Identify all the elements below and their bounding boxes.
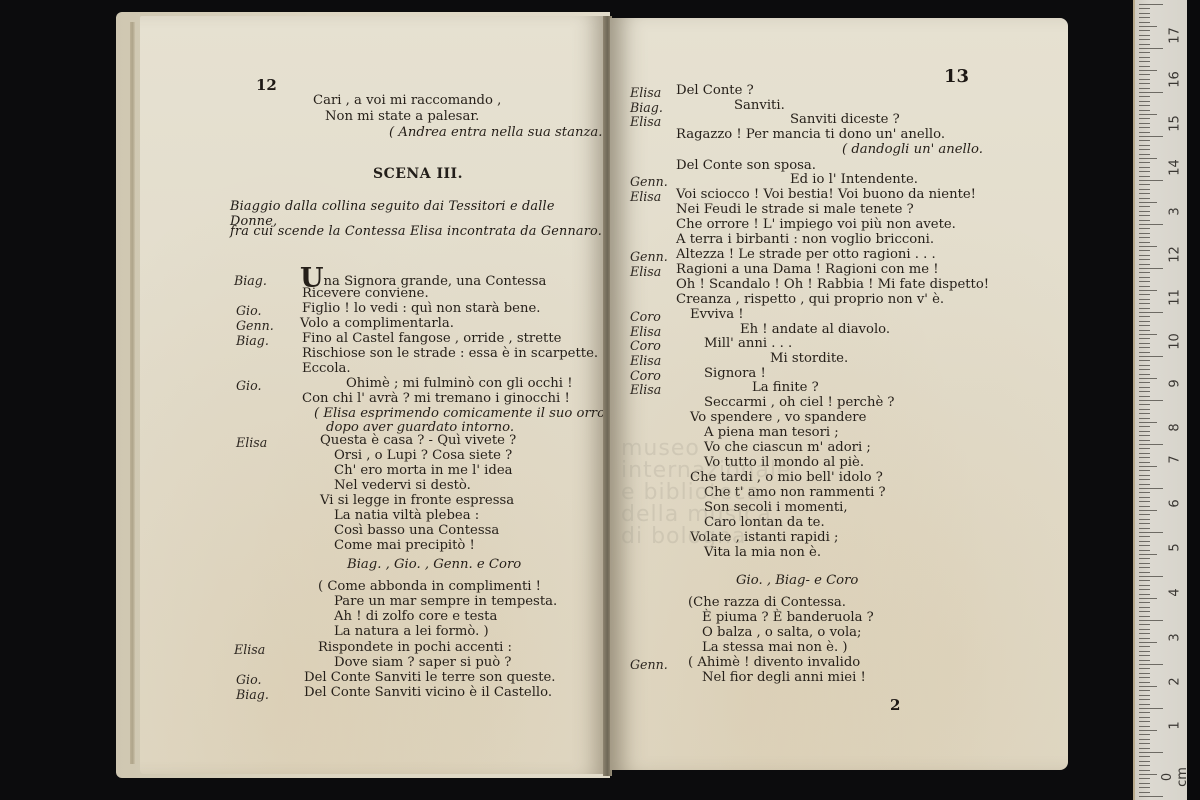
ruler-tick bbox=[1139, 673, 1150, 674]
ruler-tick bbox=[1139, 484, 1150, 485]
ruler-tick bbox=[1139, 303, 1150, 304]
ruler-tick bbox=[1139, 550, 1150, 551]
dialogue-line: (Che razza di Contessa. bbox=[688, 596, 846, 611]
ruler-tick bbox=[1139, 96, 1150, 97]
scan-edge bbox=[1187, 0, 1200, 800]
ruler-tick bbox=[1139, 259, 1150, 260]
museum-watermark: museo internazionale e biblioteca della … bbox=[621, 438, 821, 548]
ruler-tick bbox=[1139, 431, 1150, 432]
ruler-tick bbox=[1139, 123, 1150, 124]
dialogue-line: Altezza ! Le strade per otto ragioni . .… bbox=[676, 248, 936, 263]
ruler-number: 8 bbox=[1168, 418, 1183, 438]
ruler-tick bbox=[1139, 70, 1157, 71]
dialogue-line: Ed io l' Intendente. bbox=[790, 173, 918, 188]
ruler-tick bbox=[1139, 528, 1150, 529]
ruler-tick bbox=[1139, 277, 1150, 278]
ruler-tick bbox=[1139, 338, 1150, 339]
ruler-tick bbox=[1139, 633, 1150, 634]
ruler-tick bbox=[1139, 655, 1150, 656]
ruler-tick bbox=[1139, 22, 1150, 23]
ruler-tick bbox=[1139, 453, 1150, 454]
ruler-number: 17 bbox=[1168, 26, 1183, 46]
ruler-tick bbox=[1139, 457, 1150, 458]
speaker-label: Elisa bbox=[630, 189, 661, 204]
dialogue-line: Ohimè ; mi fulminò con gli occhi ! bbox=[346, 377, 573, 392]
ruler-tick bbox=[1139, 264, 1150, 265]
ruler-tick bbox=[1139, 558, 1150, 559]
ruler-tick bbox=[1139, 365, 1150, 366]
dialogue-line: ( Ahimè ! divento invalido bbox=[688, 656, 860, 671]
dialogue-line: ( Come abbonda in complimenti ! bbox=[318, 580, 541, 595]
speaker-label: Biag. bbox=[236, 687, 269, 702]
ruler-tick bbox=[1139, 717, 1150, 718]
ruler-tick bbox=[1139, 374, 1150, 375]
page-number-left: 12 bbox=[256, 76, 277, 94]
signature-mark: 2 bbox=[890, 696, 900, 714]
ruler-tick bbox=[1139, 646, 1150, 647]
dialogue-line: La natura a lei formò. ) bbox=[334, 625, 489, 640]
speaker-label: Gio. bbox=[236, 303, 261, 318]
ruler-tick bbox=[1139, 101, 1150, 102]
ruler-tick bbox=[1139, 440, 1150, 441]
ruler-tick bbox=[1139, 422, 1157, 423]
speaker-label: Elisa bbox=[236, 435, 267, 450]
watermark-line: e biblioteca della musica bbox=[621, 482, 821, 526]
ruler-tick bbox=[1139, 66, 1150, 67]
ruler-tick bbox=[1139, 409, 1150, 410]
ruler-tick bbox=[1139, 668, 1150, 669]
ruler-tick bbox=[1139, 435, 1150, 436]
ruler-tick bbox=[1139, 118, 1150, 119]
ruler-tick bbox=[1139, 83, 1150, 84]
ruler-number: 12 bbox=[1168, 245, 1183, 265]
opening-line: Cari , a voi mi raccomando , bbox=[313, 94, 501, 109]
ruler-tick bbox=[1139, 761, 1150, 762]
ruler-tick bbox=[1139, 699, 1150, 700]
scene-description-line: fra cui scende la Contessa Elisa incontr… bbox=[230, 224, 602, 239]
ruler-tick bbox=[1139, 325, 1150, 326]
ruler-number: 15 bbox=[1168, 114, 1183, 134]
ruler-tick bbox=[1139, 211, 1150, 212]
scene-heading: SCENA III. bbox=[373, 166, 463, 182]
ruler-tick bbox=[1139, 44, 1150, 45]
ruler-tick bbox=[1139, 281, 1150, 282]
ruler-tick bbox=[1139, 180, 1163, 181]
ruler-tick bbox=[1139, 206, 1150, 207]
stage-direction: ( dandogli un' anello. bbox=[842, 143, 983, 158]
ruler-tick bbox=[1139, 554, 1157, 555]
ruler-tick bbox=[1139, 413, 1150, 414]
dialogue-line: Ragioni a una Dama ! Ragioni con me ! bbox=[676, 263, 939, 278]
ruler-tick bbox=[1139, 171, 1150, 172]
ruler-tick bbox=[1139, 74, 1150, 75]
dialogue-line: Sanviti diceste ? bbox=[790, 113, 900, 128]
ruler-number: 14 bbox=[1168, 158, 1183, 178]
ruler-tick bbox=[1139, 585, 1150, 586]
ruler-tick bbox=[1139, 193, 1150, 194]
ensemble-heading: Biag. , Gio. , Genn. e Coro bbox=[347, 558, 521, 573]
ruler-tick bbox=[1139, 616, 1150, 617]
ruler-tick bbox=[1139, 677, 1150, 678]
dialogue-line: Come mai precipitò ! bbox=[334, 539, 475, 554]
dialogue-line: Nel vedervi si destò. bbox=[334, 479, 471, 494]
ruler-number: 1 bbox=[1168, 716, 1183, 736]
ruler-tick bbox=[1139, 396, 1150, 397]
open-book: 12 Cari , a voi mi raccomando , Non mi s… bbox=[116, 10, 1068, 778]
ruler-tick bbox=[1139, 470, 1150, 471]
ruler-tick bbox=[1139, 721, 1150, 722]
ruler-tick bbox=[1139, 330, 1150, 331]
dialogue-line: O balza , o salta, o vola; bbox=[702, 626, 861, 641]
ruler-tick bbox=[1139, 792, 1150, 793]
ruler-tick bbox=[1139, 770, 1150, 771]
ruler-tick bbox=[1139, 475, 1150, 476]
speaker-label: Biag. bbox=[234, 273, 267, 288]
opening-line: Non mi state a palesar. bbox=[325, 110, 479, 125]
right-page: 13 Elisa Del Conte ? Biag. Sanviti. Elis… bbox=[610, 18, 1068, 770]
ruler-tick bbox=[1139, 162, 1150, 163]
ruler-tick bbox=[1139, 242, 1150, 243]
ruler-tick bbox=[1139, 105, 1150, 106]
ruler-tick bbox=[1139, 382, 1150, 383]
measurement-ruler: 0 cm 1 2 3 4 5 6 7 8 9 10 11 12 3 14 15 … bbox=[1133, 0, 1187, 800]
ruler-tick bbox=[1139, 228, 1150, 229]
ruler-tick bbox=[1139, 246, 1157, 247]
ruler-tick bbox=[1139, 140, 1150, 141]
stage-direction: ( Andrea entra nella sua stanza. bbox=[389, 126, 602, 141]
dialogue-line: Nel fior degli anni miei ! bbox=[702, 671, 866, 686]
ruler-tick bbox=[1139, 308, 1150, 309]
ruler-tick bbox=[1139, 418, 1150, 419]
ruler-tick bbox=[1139, 466, 1157, 467]
ruler-tick bbox=[1139, 184, 1150, 185]
speaker-label: Genn. bbox=[630, 174, 668, 189]
dialogue-line: Sanviti. bbox=[734, 99, 785, 114]
speaker-label: Elisa bbox=[630, 114, 661, 129]
dialogue-line: Questa è casa ? - Quì vivete ? bbox=[320, 434, 516, 449]
ruler-tick bbox=[1139, 712, 1150, 713]
ruler-tick bbox=[1139, 572, 1150, 573]
dialogue-line: Vi si legge in fronte espressa bbox=[320, 494, 514, 509]
speaker-label: Elisa bbox=[630, 85, 661, 100]
dialogue-line: Oh ! Scandalo ! Oh ! Rabbia ! Mi fate di… bbox=[676, 278, 989, 293]
ruler-tick bbox=[1139, 136, 1163, 137]
ruler-tick bbox=[1139, 88, 1150, 89]
speaker-label: Gio. bbox=[236, 378, 261, 393]
ruler-tick bbox=[1139, 598, 1157, 599]
ruler-tick bbox=[1139, 510, 1157, 511]
ruler-tick bbox=[1139, 734, 1150, 735]
dialogue-line: Vo spendere , vo spandere bbox=[690, 411, 866, 426]
ruler-tick bbox=[1139, 35, 1150, 36]
dialogue-line: È piuma ? È banderuola ? bbox=[702, 611, 874, 626]
ruler-tick bbox=[1139, 215, 1150, 216]
ruler-tick bbox=[1139, 611, 1150, 612]
speaker-label: Coro bbox=[630, 338, 661, 353]
ruler-tick bbox=[1139, 8, 1150, 9]
ruler-tick bbox=[1139, 158, 1157, 159]
dialogue-line: Dove siam ? saper si può ? bbox=[334, 656, 511, 671]
watermark-line: museo internazionale bbox=[621, 438, 821, 482]
ruler-tick bbox=[1139, 233, 1150, 234]
ruler-number: 6 bbox=[1168, 494, 1183, 514]
ruler-tick bbox=[1139, 607, 1150, 608]
ruler-tick bbox=[1139, 497, 1150, 498]
ruler-tick bbox=[1139, 774, 1157, 775]
ruler-tick bbox=[1139, 52, 1150, 53]
dialogue-line: Voi sciocco ! Voi bestia! Voi buono da n… bbox=[676, 188, 976, 203]
ruler-tick bbox=[1139, 352, 1150, 353]
ruler-tick bbox=[1139, 492, 1150, 493]
dialogue-line: Ricevere conviene. bbox=[302, 287, 429, 302]
speaker-label: Elisa bbox=[630, 264, 661, 279]
ruler-tick bbox=[1139, 299, 1150, 300]
ruler-tick bbox=[1139, 580, 1150, 581]
left-page: 12 Cari , a voi mi raccomando , Non mi s… bbox=[140, 16, 606, 774]
ruler-tick bbox=[1139, 532, 1163, 533]
watermark-line: di bologna bbox=[621, 526, 821, 548]
speaker-label: Genn. bbox=[236, 318, 274, 333]
ruler-tick bbox=[1139, 748, 1150, 749]
speaker-label: Genn. bbox=[630, 657, 668, 672]
dialogue-line: Mi stordite. bbox=[770, 352, 848, 367]
ruler-tick bbox=[1139, 642, 1157, 643]
scan-background: 12 Cari , a voi mi raccomando , Non mi s… bbox=[0, 0, 1200, 800]
ruler-number: 7 bbox=[1168, 450, 1183, 470]
ruler-tick bbox=[1139, 224, 1163, 225]
ruler-tick bbox=[1139, 268, 1163, 269]
ruler-tick bbox=[1139, 400, 1163, 401]
ruler-tick bbox=[1139, 620, 1163, 621]
ruler-tick bbox=[1139, 589, 1150, 590]
ruler-tick bbox=[1139, 79, 1150, 80]
ruler-tick bbox=[1139, 501, 1150, 502]
ruler-tick bbox=[1139, 594, 1150, 595]
ruler-tick bbox=[1139, 739, 1150, 740]
dialogue-line: Che orrore ! L' impiego voi più non avet… bbox=[676, 218, 956, 233]
ruler-tick bbox=[1139, 343, 1150, 344]
ruler-tick bbox=[1139, 426, 1150, 427]
ruler-tick bbox=[1139, 567, 1150, 568]
dialogue-line: Mill' anni . . . bbox=[704, 337, 792, 352]
ruler-tick bbox=[1139, 690, 1150, 691]
ruler-tick bbox=[1139, 756, 1150, 757]
ruler-tick bbox=[1139, 664, 1163, 665]
ruler-tick bbox=[1139, 154, 1150, 155]
dialogue-line: Volo a complimentarla. bbox=[300, 317, 454, 332]
dialogue-line: Seccarmi , oh ciel ! perchè ? bbox=[704, 396, 895, 411]
dialogue-line: Creanza , rispetto , qui proprio non v' … bbox=[676, 293, 944, 308]
ruler-tick bbox=[1139, 545, 1150, 546]
dialogue-line: Del Conte ? bbox=[676, 84, 754, 99]
dialogue-line: Eccola. bbox=[302, 362, 351, 377]
ruler-tick bbox=[1139, 726, 1150, 727]
ruler-tick bbox=[1139, 13, 1150, 14]
ruler-tick bbox=[1139, 730, 1157, 731]
dialogue-line: Orsi , o Lupi ? Cosa siete ? bbox=[334, 449, 512, 464]
ruler-tick bbox=[1139, 61, 1150, 62]
dialogue-line: Rispondete in pochi accenti : bbox=[318, 641, 512, 656]
ruler-number: 9 bbox=[1168, 374, 1183, 394]
ruler-tick bbox=[1139, 448, 1150, 449]
dialogue-line: A terra i birbanti : non voglio bricconi… bbox=[676, 233, 934, 248]
ruler-tick bbox=[1139, 272, 1150, 273]
ruler-tick bbox=[1139, 189, 1150, 190]
ruler-tick bbox=[1139, 444, 1163, 445]
ruler-tick bbox=[1139, 26, 1157, 27]
ensemble-heading: Gio. , Biag- e Coro bbox=[736, 574, 858, 589]
ruler-tick bbox=[1139, 48, 1163, 49]
ruler-tick bbox=[1139, 686, 1157, 687]
ruler-tick bbox=[1139, 404, 1150, 405]
ruler-number: 4 bbox=[1168, 583, 1183, 603]
speaker-label: Coro bbox=[630, 309, 661, 324]
ruler-tick bbox=[1139, 783, 1150, 784]
ruler-tick bbox=[1139, 624, 1150, 625]
ruler-tick bbox=[1139, 114, 1157, 115]
ruler-tick bbox=[1139, 369, 1150, 370]
ruler-tick bbox=[1139, 479, 1150, 480]
ruler-tick bbox=[1139, 4, 1163, 5]
ruler-number: 10 bbox=[1168, 332, 1183, 352]
ruler-tick bbox=[1139, 198, 1150, 199]
dialogue-line: Ch' ero morta in me l' idea bbox=[334, 464, 513, 479]
ruler-tick bbox=[1139, 563, 1150, 564]
ruler-tick bbox=[1139, 462, 1150, 463]
ruler-tick bbox=[1139, 536, 1150, 537]
ruler-tick bbox=[1139, 57, 1150, 58]
ruler-tick bbox=[1139, 638, 1150, 639]
ruler-tick bbox=[1139, 39, 1150, 40]
speaker-label: Coro bbox=[630, 368, 661, 383]
ruler-tick bbox=[1139, 708, 1163, 709]
ruler-number: 5 bbox=[1168, 538, 1183, 558]
ruler-tick bbox=[1139, 752, 1163, 753]
ruler-tick bbox=[1139, 787, 1150, 788]
ruler-tick bbox=[1139, 255, 1150, 256]
ruler-tick bbox=[1139, 541, 1150, 542]
dialogue-line: Del Conte Sanviti le terre son queste. bbox=[304, 671, 556, 686]
ruler-number: 11 bbox=[1168, 288, 1183, 308]
ruler-tick bbox=[1139, 695, 1150, 696]
dialogue-line: Rischiose son le strade : essa è in scar… bbox=[302, 347, 598, 362]
ruler-tick bbox=[1139, 316, 1150, 317]
ruler-tick bbox=[1139, 167, 1150, 168]
ruler-tick bbox=[1139, 378, 1157, 379]
ruler-tick bbox=[1139, 356, 1163, 357]
ruler-tick bbox=[1139, 334, 1157, 335]
ruler-number: 2 bbox=[1168, 672, 1183, 692]
dialogue-line: La finite ? bbox=[752, 381, 819, 396]
ruler-number: 16 bbox=[1168, 70, 1183, 90]
speaker-label: Elisa bbox=[234, 642, 265, 657]
ruler-tick bbox=[1139, 387, 1150, 388]
ruler-tick bbox=[1139, 602, 1150, 603]
dialogue-line: La natia viltà plebea : bbox=[334, 509, 479, 524]
speaker-label: Biag. bbox=[630, 100, 663, 115]
ruler-tick bbox=[1139, 110, 1150, 111]
dialogue-line: Pare un mar sempre in tempesta. bbox=[334, 595, 557, 610]
speaker-label: Elisa bbox=[630, 324, 661, 339]
dialogue-line: Evviva ! bbox=[690, 308, 744, 323]
ruler-tick bbox=[1139, 176, 1150, 177]
dialogue-line: Ah ! di zolfo core e testa bbox=[334, 610, 497, 625]
ruler-tick bbox=[1139, 651, 1150, 652]
ruler-number: 3 bbox=[1168, 202, 1183, 222]
ruler-tick bbox=[1139, 391, 1150, 392]
ruler-tick bbox=[1139, 523, 1150, 524]
ruler-tick bbox=[1139, 237, 1150, 238]
ruler-tick bbox=[1139, 765, 1150, 766]
ruler-tick bbox=[1139, 286, 1150, 287]
ruler-number: 3 bbox=[1168, 628, 1183, 648]
ruler-tick bbox=[1139, 576, 1163, 577]
dialogue-line: La stessa mai non è. ) bbox=[702, 641, 848, 656]
ruler-tick bbox=[1139, 312, 1163, 313]
ruler-tick bbox=[1139, 682, 1150, 683]
speaker-label: Biag. bbox=[236, 333, 269, 348]
speaker-label: Elisa bbox=[630, 382, 661, 397]
speaker-label: Elisa bbox=[630, 353, 661, 368]
ruler-tick bbox=[1139, 321, 1150, 322]
dialogue-line: Nei Feudi le strade si male tenete ? bbox=[676, 203, 914, 218]
ruler-tick bbox=[1139, 250, 1150, 251]
dialogue-line: Con chi l' avrà ? mi tremano i ginocchi … bbox=[302, 392, 570, 407]
ruler-tick bbox=[1139, 290, 1157, 291]
ruler-tick bbox=[1139, 514, 1150, 515]
ruler-tick bbox=[1139, 149, 1150, 150]
ruler-tick bbox=[1139, 127, 1150, 128]
ruler-tick bbox=[1139, 519, 1150, 520]
ruler-tick bbox=[1139, 629, 1150, 630]
dialogue-line: Figlio ! lo vedi : quì non starà bene. bbox=[302, 302, 540, 317]
ruler-tick bbox=[1139, 17, 1150, 18]
ruler-tick bbox=[1139, 145, 1150, 146]
ruler-tick bbox=[1139, 704, 1150, 705]
dialogue-line: Ragazzo ! Per mancia ti dono un' anello. bbox=[676, 128, 945, 143]
ruler-tick bbox=[1139, 488, 1163, 489]
ruler-tick bbox=[1139, 347, 1150, 348]
ruler-tick bbox=[1139, 506, 1150, 507]
dialogue-line: Così basso una Contessa bbox=[334, 524, 499, 539]
ruler-tick bbox=[1139, 743, 1150, 744]
ruler-tick bbox=[1139, 796, 1163, 797]
ruler-tick bbox=[1139, 92, 1163, 93]
ruler-tick bbox=[1139, 220, 1150, 221]
dialogue-line: Del Conte Sanviti vicino è il Castello. bbox=[304, 686, 552, 701]
ruler-tick bbox=[1139, 202, 1157, 203]
ruler-unit-label: 0 cm bbox=[1160, 767, 1190, 787]
ruler-tick bbox=[1139, 778, 1150, 779]
speaker-label: Gio. bbox=[236, 672, 261, 687]
ruler-tick bbox=[1139, 360, 1150, 361]
speaker-label: Genn. bbox=[630, 249, 668, 264]
dialogue-line: Fino al Castel fangose , orride , strett… bbox=[302, 332, 561, 347]
ruler-tick bbox=[1139, 30, 1150, 31]
page-number-right: 13 bbox=[944, 66, 969, 87]
ruler-tick bbox=[1139, 660, 1150, 661]
ruler-tick bbox=[1139, 294, 1150, 295]
ruler-tick bbox=[1139, 132, 1150, 133]
